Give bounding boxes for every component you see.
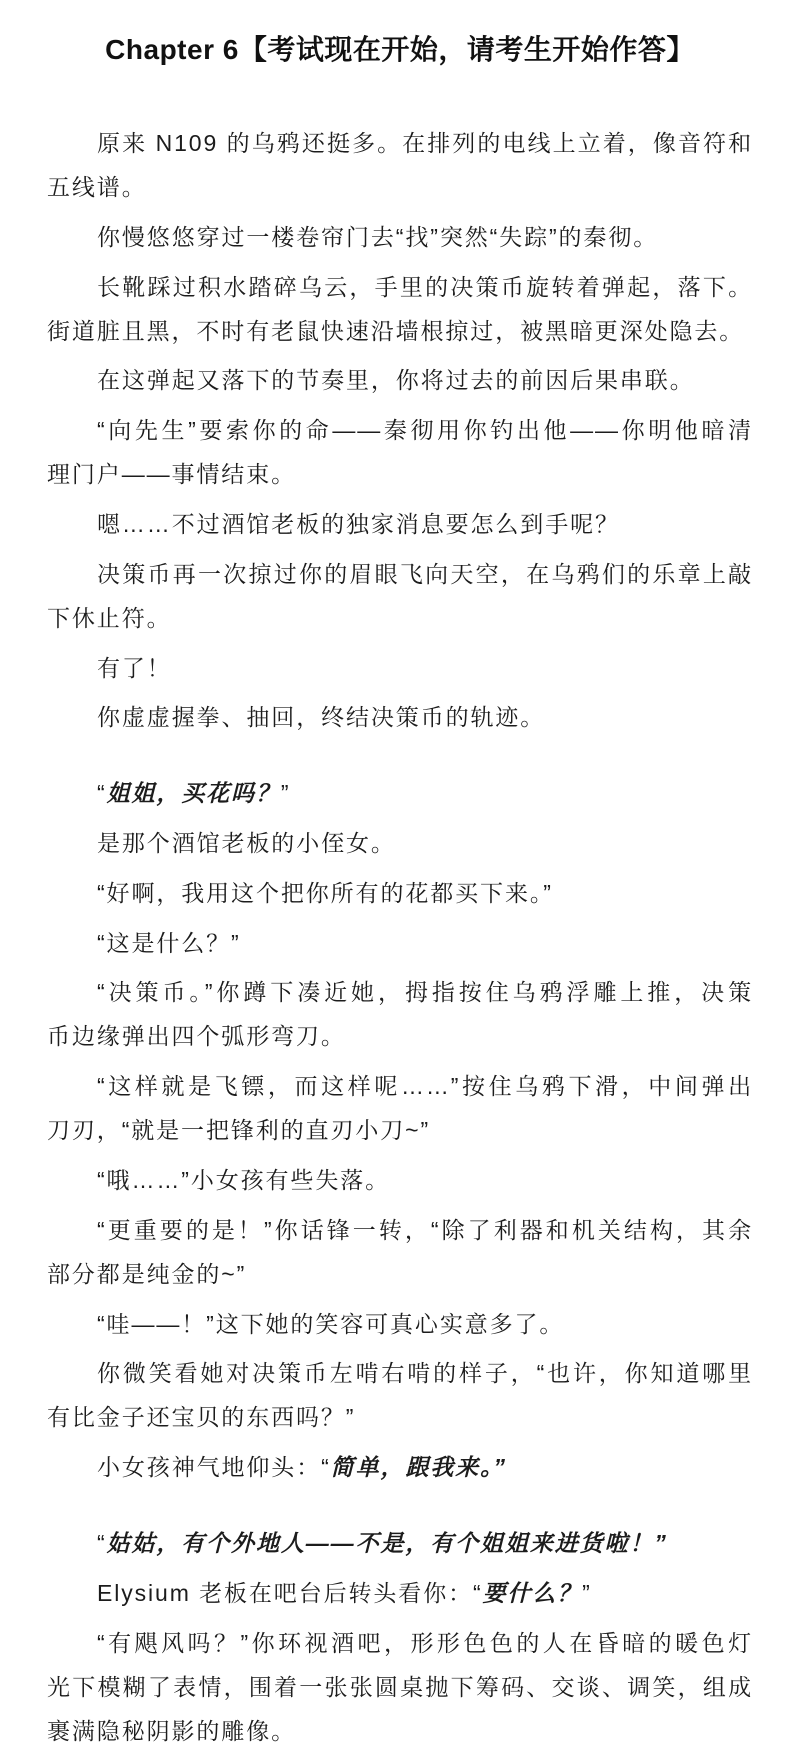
text-line: “姑姑，有个外地人——不是，有个姐姐来进货啦！” xyxy=(47,1521,753,1565)
text-line: “决策币。”你蹲下凑近她，拇指按住乌鸦浮雕上推，决策 xyxy=(47,970,753,1014)
text-line: 小女孩神气地仰头：“简单，跟我来。” xyxy=(47,1445,753,1489)
text-line: 裹满隐秘阴影的雕像。 xyxy=(47,1709,753,1753)
text-line: 刀刃，“就是一把锋利的直刃小刀~” xyxy=(47,1108,753,1152)
text-line: 理门户——事情结束。 xyxy=(47,452,753,496)
paragraph: “哇——！”这下她的笑容可真心实意多了。 xyxy=(47,1302,753,1346)
text-line: 币边缘弹出四个弧形弯刀。 xyxy=(47,1014,753,1058)
text-segment: ” xyxy=(582,1580,592,1606)
text-line: Elysium 老板在吧台后转头看你：“要什么？” xyxy=(47,1571,753,1615)
section-break xyxy=(47,1495,753,1521)
text-segment: “ xyxy=(97,780,107,806)
text-line: 下休止符。 xyxy=(47,596,753,640)
paragraph: 你虚虚握拳、抽回，终结决策币的轨迹。 xyxy=(47,695,753,739)
paragraph: “哦……”小女孩有些失落。 xyxy=(47,1158,753,1202)
paragraph: “这样就是飞镖，而这样呢……”按住乌鸦下滑，中间弹出 刀刃，“就是一把锋利的直刃… xyxy=(47,1064,753,1152)
dialogue-paragraph: “姑姑，有个外地人——不是，有个姐姐来进货啦！” xyxy=(47,1521,753,1565)
document-page: Chapter 6【考试现在开始，请考生开始作答】 原来 N109 的乌鸦还挺多… xyxy=(0,0,800,1759)
text-line: “更重要的是！”你话锋一转，“除了利器和机关结构，其余 xyxy=(47,1208,753,1252)
paragraph: “决策币。”你蹲下凑近她，拇指按住乌鸦浮雕上推，决策 币边缘弹出四个弧形弯刀。 xyxy=(47,970,753,1058)
paragraph: “好啊，我用这个把你所有的花都买下来。” xyxy=(47,871,753,915)
text-line: “哇——！”这下她的笑容可真心实意多了。 xyxy=(47,1302,753,1346)
text-segment: ” xyxy=(281,780,291,806)
text-line: 嗯……不过酒馆老板的独家消息要怎么到手呢？ xyxy=(47,502,753,546)
paragraph: Elysium 老板在吧台后转头看你：“要什么？” xyxy=(47,1571,753,1615)
text-line: 你虚虚握拳、抽回，终结决策币的轨迹。 xyxy=(47,695,753,739)
paragraph: 是那个酒馆老板的小侄女。 xyxy=(47,821,753,865)
text-line: “这是什么？” xyxy=(47,921,753,965)
paragraph: “更重要的是！”你话锋一转，“除了利器和机关结构，其余 部分都是纯金的~” xyxy=(47,1208,753,1296)
text-line: 有比金子还宝贝的东西吗？” xyxy=(47,1395,753,1439)
emphasized-text: 姑姑，有个外地人——不是，有个姐姐来进货啦！” xyxy=(107,1530,668,1556)
chapter-title: Chapter 6【考试现在开始，请考生开始作答】 xyxy=(0,0,800,70)
text-line: 原来 N109 的乌鸦还挺多。在排列的电线上立着，像音符和 xyxy=(47,121,753,165)
text-line: “姐姐，买花吗？” xyxy=(47,771,753,815)
text-line: 是那个酒馆老板的小侄女。 xyxy=(47,821,753,865)
text-line: “这样就是飞镖，而这样呢……”按住乌鸦下滑，中间弹出 xyxy=(47,1064,753,1108)
text-line: 五线谱。 xyxy=(47,165,753,209)
text-line: 你微笑看她对决策币左啃右啃的样子，“也许，你知道哪里 xyxy=(47,1351,753,1395)
text-line: 在这弹起又落下的节奏里，你将过去的前因后果串联。 xyxy=(47,358,753,402)
text-line: 街道脏且黑，不时有老鼠快速沿墙根掠过，被黑暗更深处隐去。 xyxy=(47,309,753,353)
text-line: 长靴踩过积水踏碎乌云，手里的决策币旋转着弹起，落下。 xyxy=(47,265,753,309)
text-line: 你慢悠悠穿过一楼卷帘门去“找”突然“失踪”的秦彻。 xyxy=(47,215,753,259)
text-line: 部分都是纯金的~” xyxy=(47,1252,753,1296)
text-line: 决策币再一次掠过你的眉眼飞向天空，在乌鸦们的乐章上敲 xyxy=(47,552,753,596)
text-line: “好啊，我用这个把你所有的花都买下来。” xyxy=(47,871,753,915)
text-segment: “ xyxy=(97,1530,107,1556)
paragraph: 原来 N109 的乌鸦还挺多。在排列的电线上立着，像音符和 五线谱。 xyxy=(47,121,753,209)
paragraph: 在这弹起又落下的节奏里，你将过去的前因后果串联。 xyxy=(47,358,753,402)
paragraph: 你微笑看她对决策币左啃右啃的样子，“也许，你知道哪里 有比金子还宝贝的东西吗？” xyxy=(47,1351,753,1439)
paragraph: 嗯……不过酒馆老板的独家消息要怎么到手呢？ xyxy=(47,502,753,546)
section-break xyxy=(47,745,753,771)
emphasized-text: 要什么？ xyxy=(483,1580,583,1606)
paragraph: “这是什么？” xyxy=(47,921,753,965)
paragraph: 小女孩神气地仰头：“简单，跟我来。” xyxy=(47,1445,753,1489)
paragraph: 有了！ xyxy=(47,646,753,690)
text-segment: 小女孩神气地仰头：“ xyxy=(97,1454,331,1480)
text-line: “向先生”要索你的命——秦彻用你钓出他——你明他暗清 xyxy=(47,408,753,452)
text-line: 光下模糊了表情，围着一张张圆桌抛下筹码、交谈、调笑，组成 xyxy=(47,1665,753,1709)
paragraph: 长靴踩过积水踏碎乌云，手里的决策币旋转着弹起，落下。 街道脏且黑，不时有老鼠快速… xyxy=(47,265,753,353)
text-line: “有飓风吗？”你环视酒吧，形形色色的人在昏暗的暖色灯 xyxy=(47,1621,753,1665)
emphasized-text: 简单，跟我来。” xyxy=(331,1454,507,1480)
emphasized-text: 姐姐，买花吗？ xyxy=(107,780,281,806)
paragraph: 决策币再一次掠过你的眉眼飞向天空，在乌鸦们的乐章上敲 下休止符。 xyxy=(47,552,753,640)
chapter-body: 原来 N109 的乌鸦还挺多。在排列的电线上立着，像音符和 五线谱。 你慢悠悠穿… xyxy=(0,121,753,1753)
text-line: 有了！ xyxy=(47,646,753,690)
paragraph: “有飓风吗？”你环视酒吧，形形色色的人在昏暗的暖色灯 光下模糊了表情，围着一张张… xyxy=(47,1621,753,1753)
text-segment: Elysium 老板在吧台后转头看你：“ xyxy=(97,1580,483,1606)
text-line: “哦……”小女孩有些失落。 xyxy=(47,1158,753,1202)
paragraph: 你慢悠悠穿过一楼卷帘门去“找”突然“失踪”的秦彻。 xyxy=(47,215,753,259)
paragraph: “向先生”要索你的命——秦彻用你钓出他——你明他暗清 理门户——事情结束。 xyxy=(47,408,753,496)
dialogue-paragraph: “姐姐，买花吗？” xyxy=(47,771,753,815)
